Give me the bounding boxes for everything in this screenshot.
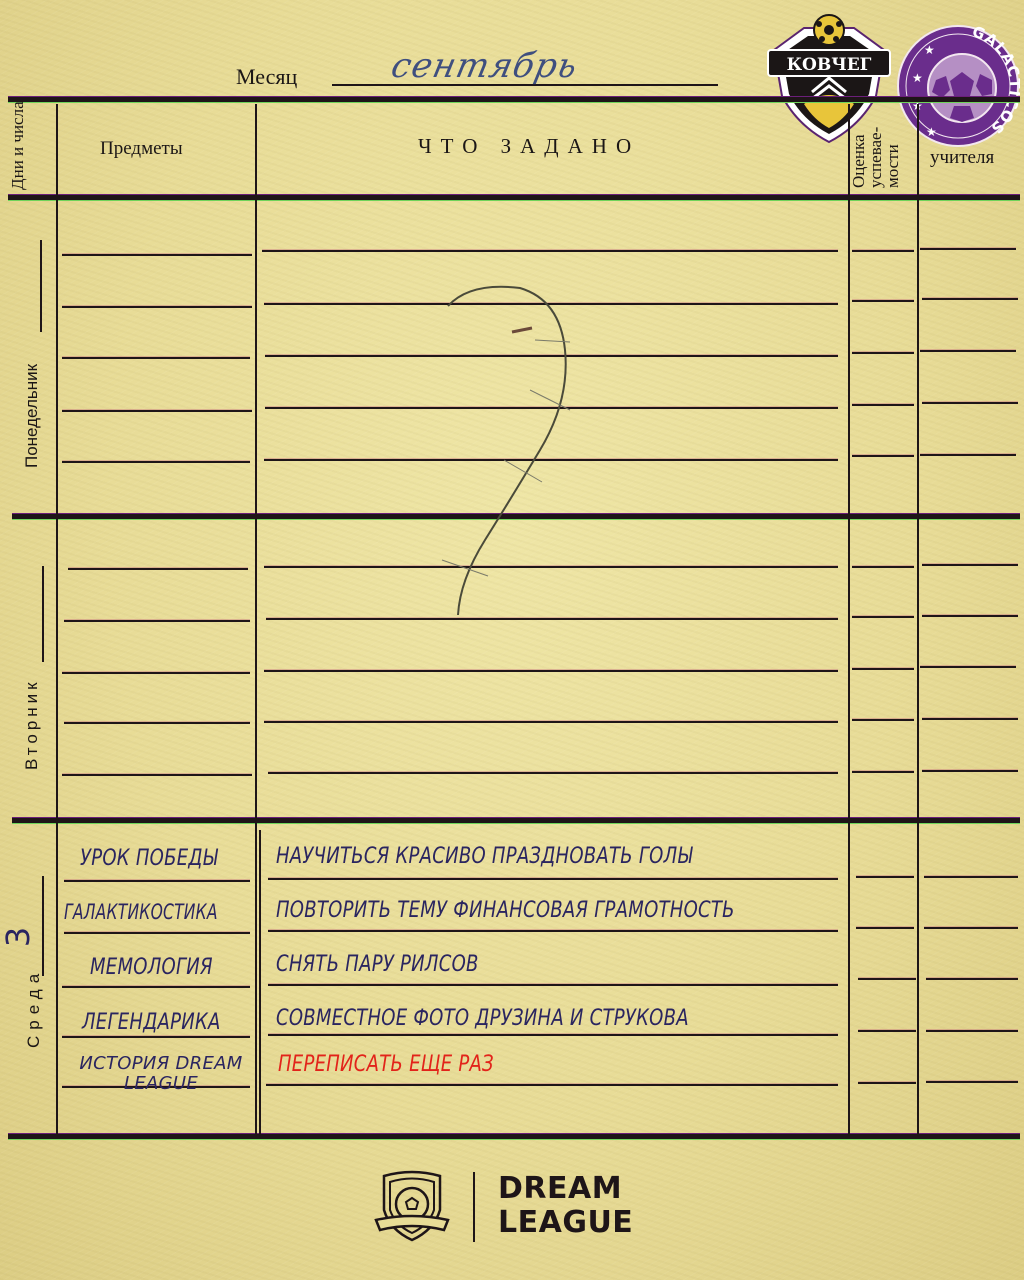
header-days-col: Дни и числа xyxy=(8,106,28,190)
question-mark-scribble-icon xyxy=(430,270,610,630)
col-divider-grade xyxy=(917,104,919,1134)
kovcheg-name: КОВЧЕГ xyxy=(787,55,872,75)
subject-cell[interactable]: УРОК ПОБЕДЫ xyxy=(80,846,218,871)
dream-league-crest-icon xyxy=(374,1170,450,1244)
task-cell[interactable]: СОВМЕСТНОЕ ФОТО ДРУЗИНА И СТРУКОВА xyxy=(276,1006,689,1031)
day-label-wednesday: Среда xyxy=(24,968,44,1048)
kovcheg-crest-icon: КОВЧЕГ xyxy=(764,8,894,146)
subject-cell[interactable]: ЛЕГЕНДАРИКА xyxy=(82,1010,221,1035)
subject-cell[interactable]: ИСТОРИЯ DREAM LEAGUE xyxy=(76,1054,246,1094)
grade-header-label: Оценка успевае- мости xyxy=(850,127,901,188)
footer-brand: DREAM LEAGUE xyxy=(498,1172,633,1240)
day-label-monday: Понедельник xyxy=(22,364,42,468)
tuesday-bottom-border xyxy=(12,818,1020,823)
task-cell[interactable]: НАУЧИТЬСЯ КРАСИВО ПРАЗДНОВАТЬ ГОЛЫ xyxy=(276,844,692,869)
day-label-tuesday: Вторник xyxy=(22,678,42,770)
svg-text:★: ★ xyxy=(924,43,935,57)
table-top-border xyxy=(8,97,1020,102)
header-bottom-border xyxy=(8,195,1020,200)
col-divider-subjects-double xyxy=(259,830,261,1134)
task-cell[interactable]: СНЯТЬ ПАРУ РИЛСОВ xyxy=(276,952,479,977)
galacticos-crest-icon: ★ ★ ★ ★ GALACTICOS xyxy=(896,24,1020,148)
footer-divider xyxy=(473,1172,475,1242)
subject-cell[interactable]: МЕМОЛОГИЯ xyxy=(90,955,213,980)
month-label: Месяц xyxy=(236,64,297,90)
table-bottom-border xyxy=(8,1134,1020,1139)
col-divider-subjects xyxy=(255,104,257,1134)
monday-date-line[interactable] xyxy=(40,240,42,332)
wednesday-date-line[interactable] xyxy=(42,876,44,976)
task-header-label: ЧТО ЗАДАНО xyxy=(418,134,640,159)
col-divider-days xyxy=(56,104,58,1134)
task-cell-highlighted[interactable]: ПЕРЕПИСАТЬ ЕЩЕ РАЗ xyxy=(278,1052,494,1077)
col-divider-task xyxy=(848,104,850,1134)
subject-cell[interactable]: ГАЛАКТИКОСТИКА xyxy=(64,900,218,924)
days-header-label: Дни и числа xyxy=(8,106,28,190)
svg-text:★: ★ xyxy=(912,71,923,85)
tuesday-date-line[interactable] xyxy=(42,566,44,662)
teacher-header-label: учителя xyxy=(930,147,994,169)
task-cell[interactable]: ПОВТОРИТЬ ТЕМУ ФИНАНСОВАЯ ГРАМОТНОСТЬ xyxy=(276,898,735,923)
month-value[interactable]: сентябрь xyxy=(388,46,582,86)
brand-line-2: LEAGUE xyxy=(498,1206,633,1240)
svg-text:★: ★ xyxy=(926,125,937,139)
subjects-header-label: Предметы xyxy=(100,138,183,160)
brand-line-1: DREAM xyxy=(498,1172,633,1206)
wednesday-date[interactable]: 3 xyxy=(0,927,37,947)
